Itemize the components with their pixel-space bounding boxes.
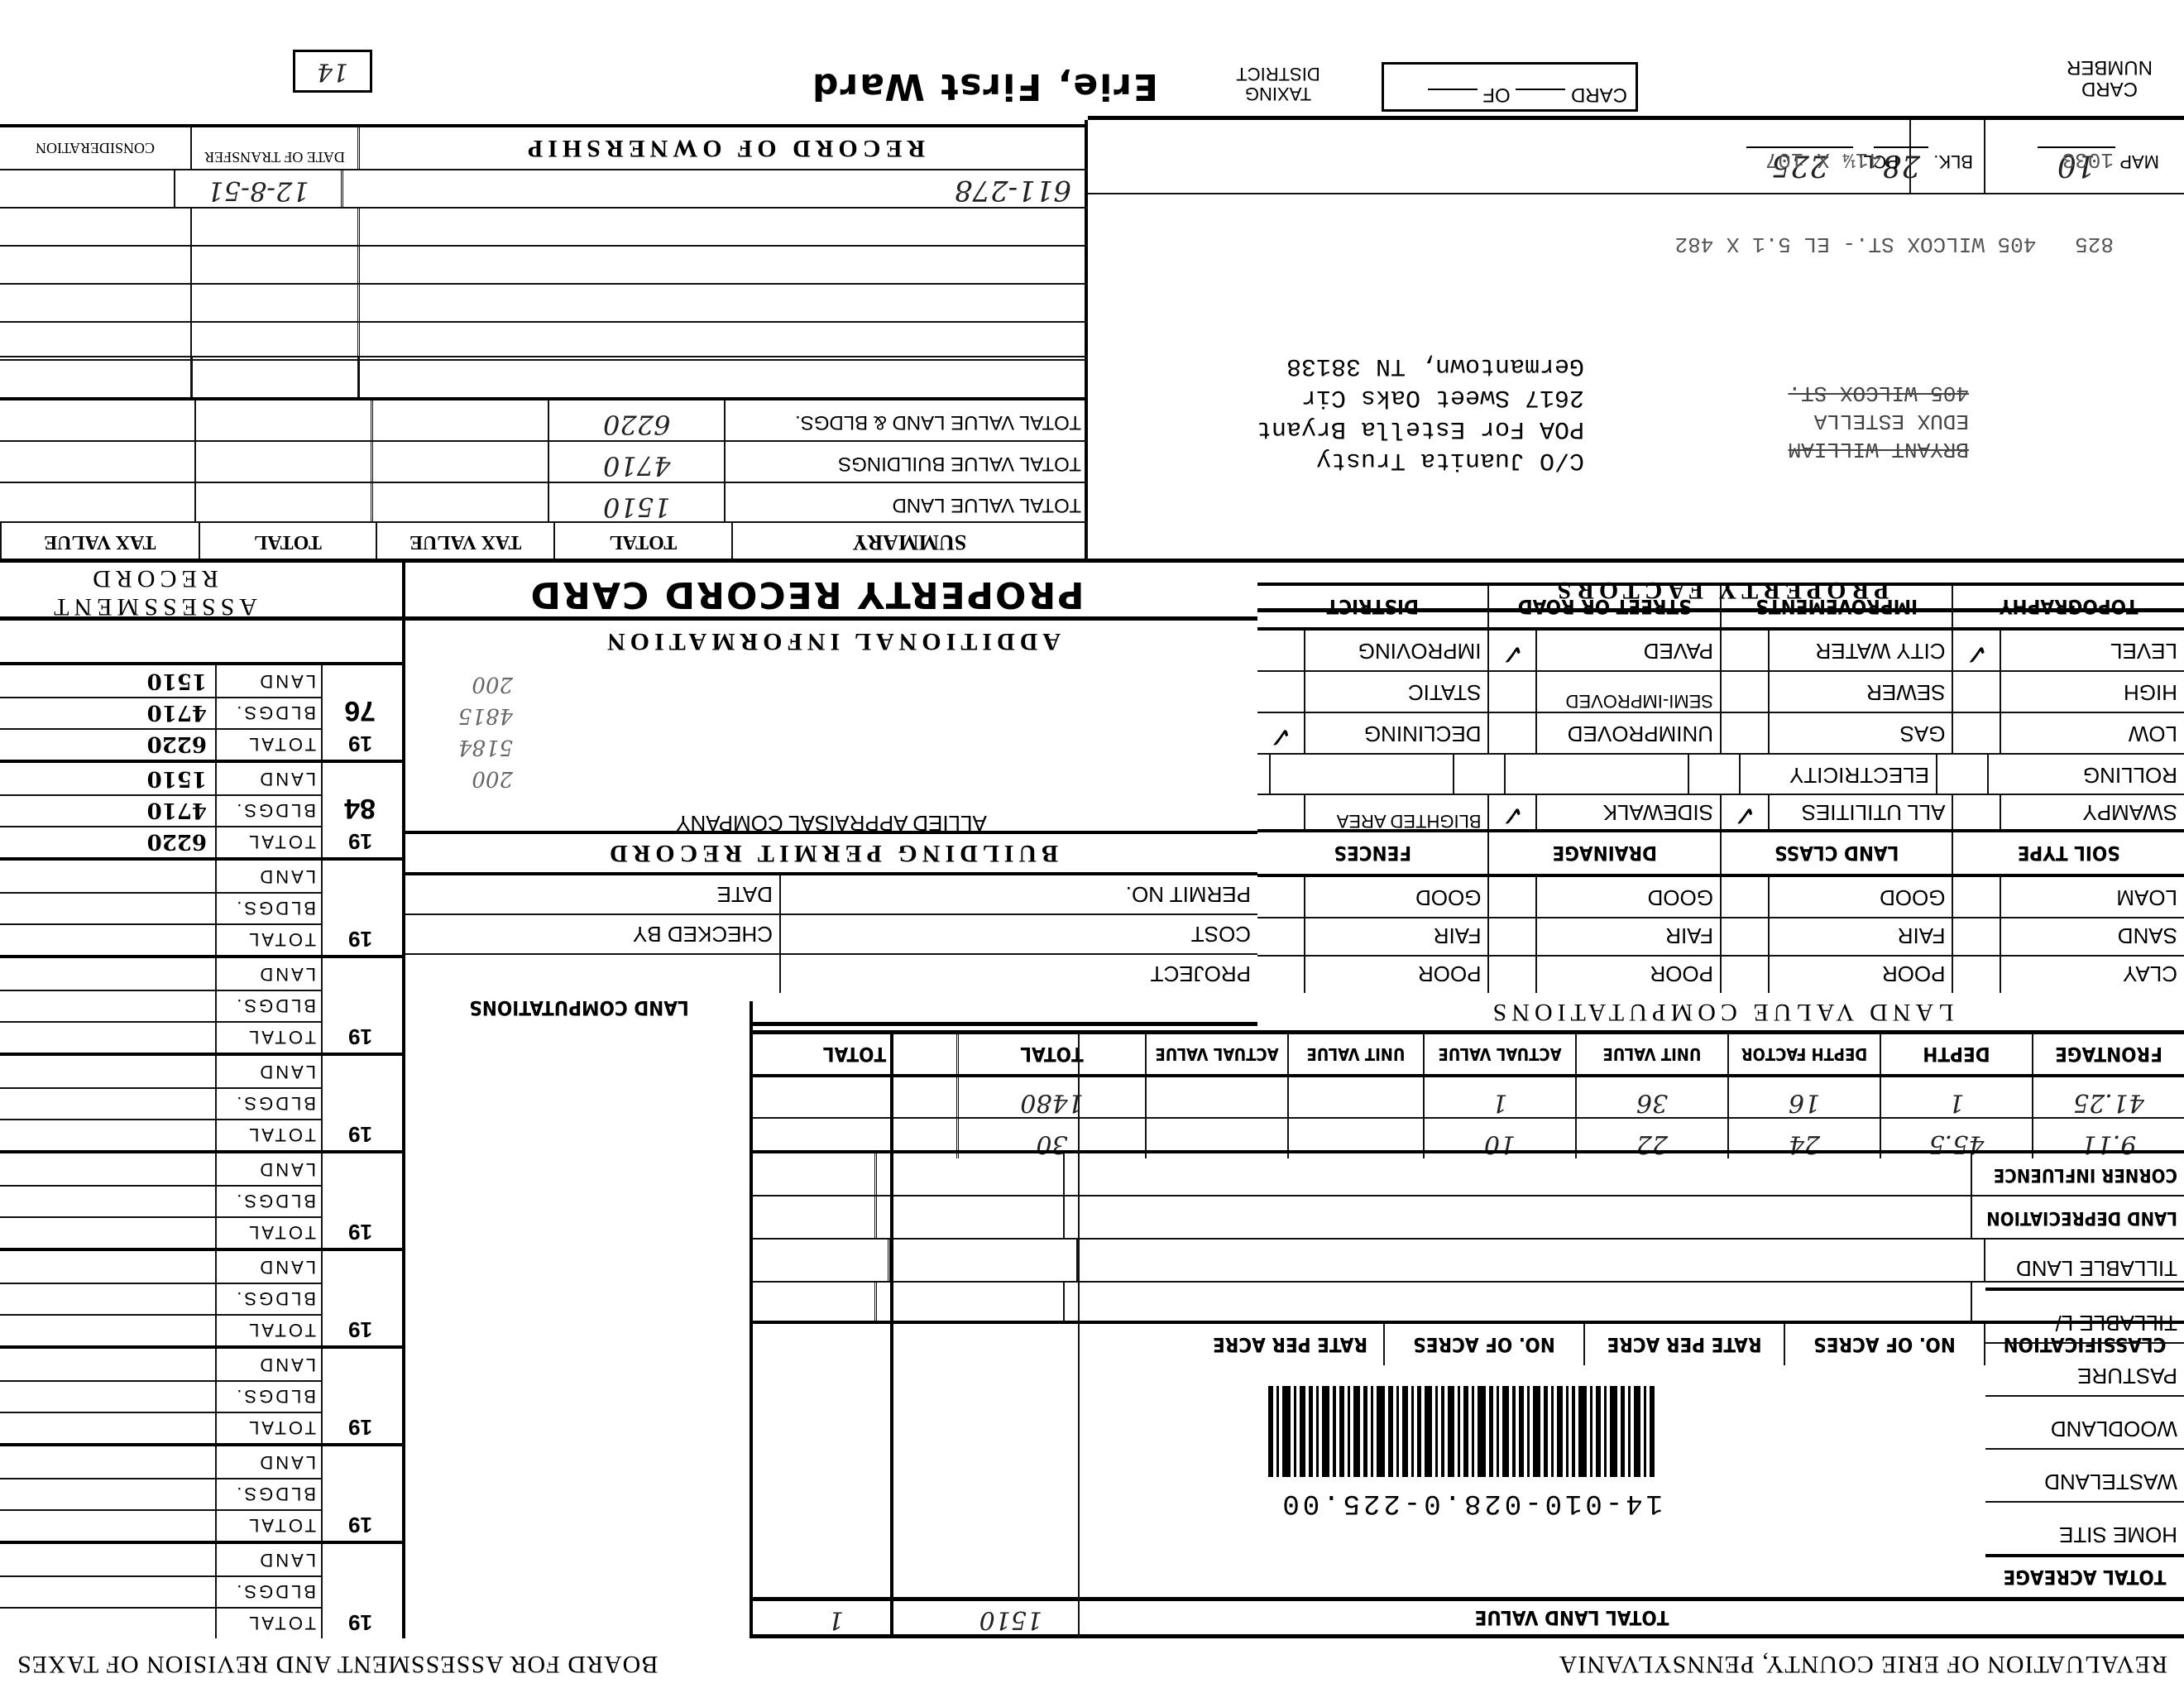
assessment-row-value[interactable]: 6220 (0, 827, 215, 857)
assessment-year-group: 19TOTALBLDGS.LAND (0, 857, 405, 955)
assessment-row-value[interactable]: 4710 (0, 796, 215, 826)
taxing-district-value: Erie, First Ward (811, 65, 1158, 108)
assessment-row-value[interactable] (0, 1153, 215, 1185)
board-title: BOARD FOR ASSESSMENT AND REVISION OF TAX… (0, 1650, 1009, 1678)
land-value-header: FRONTAGE DEPTH DEPTH FACTOR UNIT VALUE A… (753, 1031, 2184, 1074)
additional-notes: 200 5184 4815 200 (458, 669, 513, 794)
assessment-row-label: BLDGS. (215, 698, 323, 728)
year-prefix: 19 (348, 1609, 372, 1635)
land-value-row: 41.25 1 16 36 1 1480 (753, 1074, 2184, 1117)
assessment-row: BLDGS. (0, 1478, 323, 1509)
assessment-row-value[interactable] (0, 1120, 215, 1150)
assessment-row-label: BLDGS. (215, 991, 323, 1021)
assessment-row: TOTAL (0, 1216, 323, 1248)
assessment-row-value[interactable] (0, 1089, 215, 1119)
soil-header: SOIL TYPE LAND CLASS DRAINAGE FENCES (1257, 829, 2184, 874)
soil-grid: CLAY POOR POOR POOR SAND FAIR FAIR FAIR … (1257, 829, 2184, 993)
year-prefix: 19 (348, 1512, 372, 1537)
assessment-row-value[interactable] (0, 1446, 215, 1478)
assessment-row: BLDGS. (0, 1087, 323, 1119)
assessment-row-label: TOTAL (215, 1609, 323, 1638)
pf-header: TOPOGRAPHY IMPROVEMENTS STREET OR ROAD D… (1257, 583, 2184, 627)
assessment-row-value[interactable] (0, 1544, 215, 1575)
assessment-row: BLDGS.4710 (0, 794, 323, 826)
summary-row: TOTAL VALUE LAND & BLDGS. 6220 (0, 397, 1088, 440)
assessment-row: TOTAL (0, 1021, 323, 1053)
assessment-row: LAND (0, 1153, 323, 1185)
ownership-row (0, 321, 1088, 359)
assessment-row: LAND1510 (0, 763, 323, 794)
assessment-row-label: TOTAL (215, 1316, 323, 1345)
assessment-row: LAND (0, 1251, 323, 1283)
summary-table: SUMMARY TOTAL TAX VALUE TOTAL TAX VALUE (0, 521, 1088, 563)
property-factors-grid: SWAMPY ALL UTILITIES ✓ SIDEWALK ✓ BLIGHT… (1257, 794, 2184, 832)
land-adjustments: LAND DEPRECIATION CORNER INFLUENCE (753, 1150, 2184, 1324)
assessment-row: LAND1510 (0, 665, 323, 697)
assessment-year-group: 19TOTALBLDGS.LAND (0, 1443, 405, 1541)
assessment-year-group: 1984TOTAL6220BLDGS.4710LAND1510 (0, 760, 405, 857)
ownership-header: RECORD OF OWNERSHIP DATE OF TRANSFER CON… (0, 124, 1088, 169)
assessment-row-label: LAND (215, 1544, 323, 1575)
year-prefix: 19 (348, 1414, 372, 1440)
acreage-header: CLASSIFICATION NO. OF ACRES RATE PER ACR… (753, 1321, 2184, 1365)
assessment-row-value[interactable] (0, 1251, 215, 1283)
assessment-row-label: LAND (215, 665, 323, 697)
pf-row-high: HIGH SEWER SEMI-IMPROVED STATIC (1257, 670, 2184, 712)
assessment-row-value[interactable] (0, 1023, 215, 1053)
assessment-row-value[interactable] (0, 1479, 215, 1509)
additional-information-title: ADDITIONAL INFORMATION (405, 627, 1257, 655)
assessment-row-value[interactable] (0, 1056, 215, 1087)
assessment-row-label: BLDGS. (215, 1382, 323, 1412)
assessment-year[interactable]: 76 (344, 694, 376, 727)
assessment-row-value[interactable] (0, 958, 215, 990)
assessment-row-label: LAND (215, 958, 323, 990)
property-factors-grid-top: ROLLING ELECTRICITY LOW GAS UNIMPROVED D… (1257, 583, 2184, 794)
assessment-year-group: 1976TOTAL6220BLDGS.4710LAND1510 (0, 662, 405, 760)
year-prefix: 19 (348, 731, 372, 756)
assessment-row-label: TOTAL (215, 925, 323, 955)
assessment-row: LAND (0, 958, 323, 990)
assessment-row-label: LAND (215, 1153, 323, 1185)
corner-influence-label: CORNER INFLUENCE (1972, 1153, 2184, 1195)
assessment-row: TOTAL (0, 1119, 323, 1150)
assessment-row: BLDGS.4710 (0, 697, 323, 728)
assessment-row-label: TOTAL (215, 1023, 323, 1053)
box-number: 14 (293, 50, 372, 93)
year-prefix: 19 (348, 926, 372, 952)
assessment-row: LAND (0, 1446, 323, 1478)
assessment-row-label: BLDGS. (215, 1479, 323, 1509)
land-value-computations-title: LAND VALUE COMPUTATIONS (1257, 998, 2184, 1026)
assessment-row: TOTAL (0, 1509, 323, 1541)
assessment-row-label: TOTAL (215, 730, 323, 760)
barcode-icon (1224, 1386, 1655, 1477)
assessment-row-label: LAND (215, 1251, 323, 1283)
assessment-row-label: TOTAL (215, 1413, 323, 1443)
assessment-row-label: LAND (215, 861, 323, 892)
assessment-row-label: LAND (215, 1056, 323, 1087)
pf-row-swampy: SWAMPY ALL UTILITIES ✓ SIDEWALK ✓ BLIGHT… (1257, 794, 2184, 832)
year-prefix: 19 (348, 828, 372, 854)
assessment-row-label: TOTAL (215, 827, 323, 857)
of-label: OF (1482, 84, 1510, 106)
property-record-card: CARD NUMBER CARD OF TAXING DISTRICT Erie… (0, 0, 2184, 1688)
year-prefix: 19 (348, 1121, 372, 1147)
assessment-row: BLDGS. (0, 1185, 323, 1216)
assessment-row-value[interactable]: 6220 (0, 730, 215, 760)
card-of-box[interactable]: CARD OF (1382, 62, 1638, 112)
summary-rows: TOTAL VALUE LAND 1510 TOTAL VALUE BUILDI… (0, 397, 1088, 523)
total-land-value-2: 1 (828, 1605, 844, 1634)
assessment-row: BLDGS. (0, 1283, 323, 1314)
land-computations-ledger (405, 1026, 753, 1638)
assessment-row-value[interactable]: 1510 (0, 665, 215, 697)
acreage-labels: TOTAL ACREAGE HOME SITE WASTELAND WOODLA… (1985, 1236, 2184, 1597)
year-prefix: 19 (348, 1219, 372, 1244)
assessment-year-group: 19TOTALBLDGS.LAND (0, 955, 405, 1053)
legacy-address-block: 825 405 WILCOX ST.- EL 5.1 X 482 1033 41… (1675, 89, 2115, 314)
assessment-row-value[interactable] (0, 1577, 215, 1607)
ownership-row (0, 245, 1088, 283)
pf-row-level: LEVEL ✓ CITY WATER PAVED ✓ IMPROVING (1257, 627, 2184, 670)
assessment-row: BLDGS. (0, 990, 323, 1021)
assessment-row-label: LAND (215, 1446, 323, 1478)
land-depreciation-label: LAND DEPRECIATION (1972, 1196, 2184, 1238)
pf-row-low: LOW GAS UNIMPROVED DECLINING ✓ (1257, 712, 2184, 753)
assessment-row-value[interactable]: 4710 (0, 698, 215, 728)
assessment-row: LAND (0, 1544, 323, 1575)
taxing-district-label: TAXING DISTRICT (1224, 64, 1332, 103)
year-prefix: 19 (348, 1316, 372, 1342)
assessment-row: TOTAL6220 (0, 826, 323, 857)
assessment-row: BLDGS. (0, 892, 323, 923)
ownership-row: 611-278 12-8-51 (0, 169, 1088, 207)
ownership-row (0, 359, 1088, 397)
assessment-row-value[interactable] (0, 925, 215, 955)
assessment-row: TOTAL6220 (0, 728, 323, 760)
assessment-year[interactable]: 84 (344, 792, 376, 824)
assessment-year-group: 19TOTALBLDGS.LAND (0, 1150, 405, 1248)
assessment-year-group: 19TOTALBLDGS.LAND (0, 1248, 405, 1345)
revaluation-title: REVALUATION OF ERIE COUNTY, PENNSYLVANIA (1191, 1650, 2184, 1678)
assessment-row-value[interactable] (0, 1187, 215, 1216)
soil-row-sand: SAND FAIR FAIR FAIR (1257, 917, 2184, 955)
assessment-row-value[interactable] (0, 1284, 215, 1314)
previous-owner-block: BRYANT WILLIAM EDUX ESTELLA 405 WILCOX S… (1789, 379, 1969, 463)
assessment-row-value[interactable] (0, 861, 215, 892)
assessment-row-label: BLDGS. (215, 1577, 323, 1607)
assessment-row: LAND (0, 1056, 323, 1087)
assessment-row-label: BLDGS. (215, 1089, 323, 1119)
assessment-row-value[interactable] (0, 1218, 215, 1248)
soil-row-clay: CLAY POOR POOR POOR (1257, 955, 2184, 993)
assessment-row-value[interactable]: 1510 (0, 763, 215, 794)
ownership-rows: 611-278 12-8-51 RECORD OF OWNERSHIP DATE… (0, 116, 1088, 397)
assessment-row: LAND (0, 1349, 323, 1380)
assessment-year-group: 19TOTALBLDGS.LAND (0, 1345, 405, 1443)
assessment-record-title: ASSESSMENT RECORD (0, 564, 306, 621)
summary-header: SUMMARY (732, 522, 1087, 562)
property-record-card-title: PROPERTY RECORD CARD (356, 573, 1257, 616)
assessment-row: TOTAL (0, 1607, 323, 1638)
assessment-row: TOTAL (0, 1412, 323, 1443)
additional-information: ALLIED APPRAISAL COMPANY 200 5184 4815 2… (405, 621, 1257, 844)
year-prefix: 19 (348, 1024, 372, 1049)
assessment-row-label: TOTAL (215, 1120, 323, 1150)
assessment-row: LAND (0, 861, 323, 892)
assessment-year-group: 19TOTALBLDGS.LAND (0, 1541, 405, 1638)
assessment-row-label: LAND (215, 1349, 323, 1380)
summary-row: TOTAL VALUE LAND 1510 (0, 482, 1088, 523)
assessment-row-label: TOTAL (215, 1511, 323, 1541)
assessment-row-value[interactable] (0, 1413, 215, 1443)
assessment-row-value[interactable] (0, 1609, 215, 1638)
assessment-row-label: BLDGS. (215, 1187, 323, 1216)
ownership-row (0, 207, 1088, 245)
summary-row: TOTAL VALUE BUILDINGS 4710 (0, 440, 1088, 482)
assessment-row-label: TOTAL (215, 1218, 323, 1248)
barcode-number: 14-010-028.0-225.00 (1279, 1487, 1663, 1518)
assessment-row: BLDGS. (0, 1575, 323, 1607)
assessment-row: TOTAL (0, 1314, 323, 1345)
assessment-year-group: 19TOTALBLDGS.LAND (0, 1053, 405, 1150)
allied-appraisal-company: ALLIED APPRAISAL COMPANY (405, 810, 1257, 844)
land-computations-label: LAND COMPUTATIONS (405, 990, 753, 1026)
assessment-row-value[interactable] (0, 1511, 215, 1541)
assessment-row-value[interactable] (0, 1316, 215, 1345)
assessment-row-value[interactable] (0, 1382, 215, 1412)
assessment-row-label: BLDGS. (215, 796, 323, 826)
total-land-value: 1510 (979, 1605, 1042, 1634)
assessment-record: 19TOTALBLDGS.LAND19TOTALBLDGS.LAND19TOTA… (0, 563, 405, 1638)
mailing-address-block: C/O Juanita Trusty POA For Estella Bryan… (1257, 350, 1584, 476)
card-label: CARD (1571, 84, 1627, 106)
assessment-row: BLDGS. (0, 1380, 323, 1412)
soil-row-loam: LOAM GOOD GOOD GOOD (1257, 874, 2184, 917)
ownership-row (0, 283, 1088, 321)
assessment-row-label: BLDGS. (215, 894, 323, 923)
total-land-value-label: TOTAL LAND VALUE (1324, 1601, 1820, 1634)
pf-row-rolling: ROLLING ELECTRICITY (1257, 753, 2184, 794)
assessment-row-value[interactable] (0, 991, 215, 1021)
assessment-row-value[interactable] (0, 1349, 215, 1380)
building-permit-record: PROJECT COST CHECKED BY PERMIT NO. DATE … (405, 831, 1257, 993)
assessment-row-value[interactable] (0, 894, 215, 923)
land-value-grid: 9.11 45.5 24 22 10 30 41.25 1 16 36 1 14… (753, 1031, 2184, 1158)
assessment-row-label: BLDGS. (215, 1284, 323, 1314)
assessment-row: TOTAL (0, 923, 323, 955)
assessment-row-label: LAND (215, 763, 323, 794)
